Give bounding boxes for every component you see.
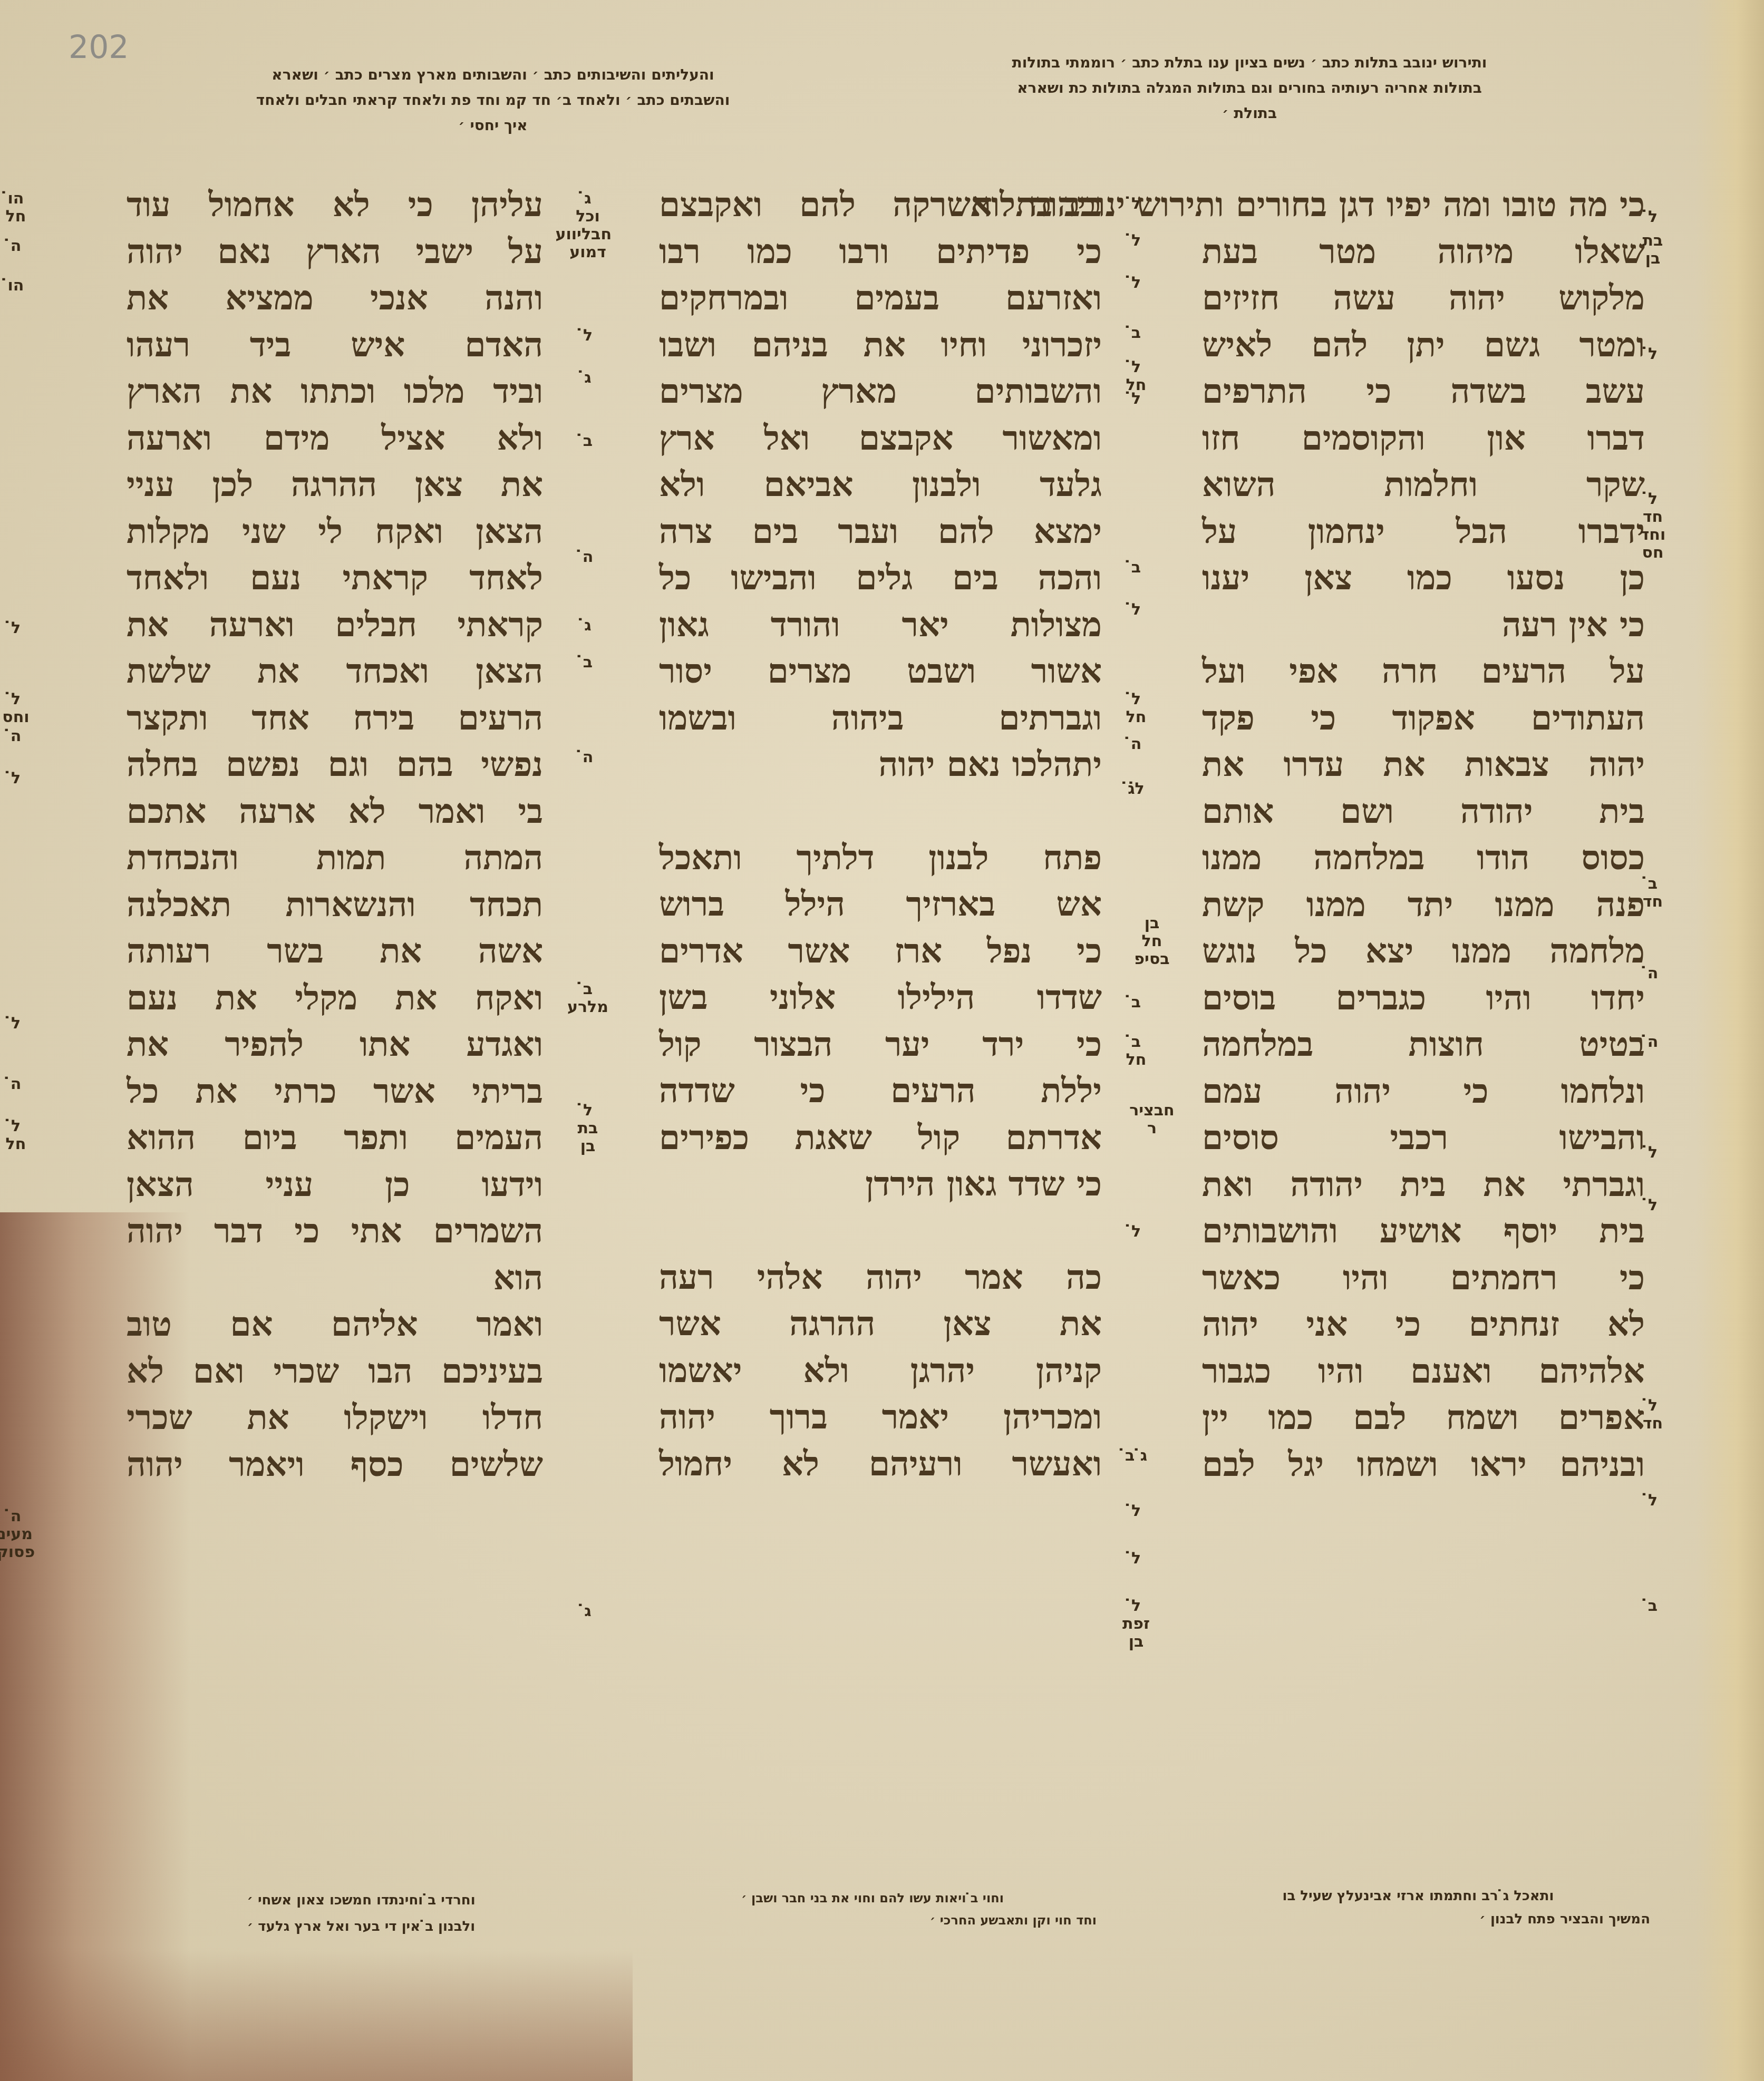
text-line: כסוס הודו במלחמה ממנו [1202, 835, 1645, 882]
text-line: וידעו כן עניי הצאן [127, 1162, 543, 1209]
text-line: אפרים ושמח לבם כמו יין [1202, 1395, 1645, 1442]
text-line: וגברתי את בית יהודה ואת [1202, 1162, 1645, 1209]
text-line: והנה אנכי ממציא את [127, 275, 543, 322]
margin-note: ב̇ [1112, 994, 1160, 1012]
margin-note: חבציר ר [1128, 1102, 1176, 1137]
text-column-right: כי מה טובו ומה יפיו דגן בחורים ותירוש ינ… [1202, 182, 1645, 1488]
text-line: מצולות יאר והורד גאון [659, 602, 1102, 649]
text-line: בעיניכם הבו שכרי ואם לא [127, 1348, 543, 1395]
text-line: המתה תמות והנכחדת [127, 835, 543, 882]
note-line: ותירוש ינובב בתלות כתב ׳ נשים בציון ענו … [865, 50, 1634, 75]
section-break [659, 789, 1102, 835]
margin-note: ל̇ [1112, 195, 1160, 213]
text-line: ביהוה אשרקה להם ואקבצם [659, 182, 1102, 229]
text-line: בטיט חוצות במלחמה [1202, 1022, 1645, 1068]
text-line: מלחמה ממנו יצא כל נוגש [1202, 928, 1645, 975]
margin-note: ל̇ [1112, 1550, 1160, 1568]
text-line: כי ירד יער הבצור קול [659, 1022, 1102, 1068]
margin-note: ה̇ מעינ פסוק [0, 1508, 40, 1561]
text-line: עליהן כי לא אחמול עוד [127, 182, 543, 229]
text-line: והשבותים מארץ מצרים [659, 368, 1102, 415]
text-line: והבישו רכבי סוסים [1202, 1115, 1645, 1162]
text-line: אשור ושבט מצרים יסור [659, 648, 1102, 695]
margin-note: ג̇ [564, 617, 612, 635]
note-line: והשבתים כתב ׳ ולאחד ב׳ חד קמ וחד פת ולאח… [142, 87, 844, 113]
text-line: על הרעים חרה אפי ועל [1202, 648, 1645, 695]
margin-note: ל̇ [0, 770, 40, 787]
text-line: הצאן ואכחד את שלשת [127, 648, 543, 695]
margin-note: ל̇ חד [1629, 1397, 1676, 1433]
margin-note: הו̇ חל [0, 190, 40, 226]
margin-note: ה̇ [0, 727, 40, 745]
text-line: גלעד ולבנון אביאם ולא [659, 462, 1102, 509]
margin-note: ה̇ [1112, 735, 1160, 753]
text-line: האדם איש ביד רעהו [127, 322, 543, 369]
section-break [659, 1208, 1102, 1255]
margin-note: ל̇ [1112, 1223, 1160, 1241]
text-line: על ישבי הארץ נאם יהוה [127, 229, 543, 276]
margin-note: ג̇ [564, 1602, 612, 1620]
margin-note: ל̇ זפת בן [1112, 1597, 1160, 1651]
text-line: בי ואמר לא ארעה אתכם [127, 789, 543, 835]
text-line: ונלחמו כי יהוה עמם [1202, 1068, 1645, 1115]
text-line: אשה את בשר רעותה [127, 928, 543, 975]
margin-note: ה̇ [1629, 1033, 1676, 1051]
text-line: וביד מלכו וכתתו את הארץ [127, 368, 543, 415]
margin-note: ל̇ [1629, 1144, 1676, 1162]
margin-note: ב̇ [1112, 324, 1160, 342]
margin-note: ל̇ [1629, 345, 1676, 363]
text-line: פתח לבנון דלתיך ותאכל [659, 835, 1102, 882]
text-line: חדלו וישקלו את שכרי [127, 1395, 543, 1442]
text-line: פנה ממנו יתד ממנו קשת [1202, 882, 1645, 929]
text-line: ואגדע אתו להפיר את [127, 1022, 543, 1068]
text-line: ימצא להם ועבר בים צרה [659, 509, 1102, 556]
note-line: איך יחסי ׳ [142, 113, 844, 138]
margin-note: ה̇ [0, 237, 40, 255]
margin-note: ב̇ חד [1629, 875, 1676, 911]
text-line: קניהן יהרגן ולא יאשמו [659, 1348, 1102, 1395]
margin-note: ל̇ [1629, 208, 1676, 226]
text-line: בית יהודה ושם אותם [1202, 789, 1645, 835]
text-line: ואזרעם בעמים ובמרחקים [659, 275, 1102, 322]
note-line: וחרדי ב̇ וחינתדו חמשכו צאון אשחי ׳ [142, 1887, 580, 1913]
text-line: הוא [127, 1255, 543, 1302]
margin-note: הו̇ [0, 277, 40, 295]
margin-note: ל̇ [1629, 1492, 1676, 1510]
margin-note: בן חל בסיפ [1128, 915, 1176, 968]
note-line: בתולות אחריה רעותיה בחורים וגם בתולות המ… [865, 75, 1634, 101]
text-line: הצאן ואקח לי שני מקלות [127, 509, 543, 556]
margin-notes-middle-left: ג̇ וכל חבליווע דמוע ל̇ ג̇ ב̇ ה̇ ג̇ ב̇ ה̇… [548, 0, 627, 2081]
text-line: נפשי בהם וגם נפשם בחלה [127, 742, 543, 789]
text-line: ואעשר ורעיהם לא יחמול [659, 1441, 1102, 1488]
text-line: ידברו הבל ינחמון על [1202, 509, 1645, 556]
margin-note: ב̇ [564, 654, 612, 672]
text-line: ומאשור אקבצם ואל ארץ [659, 415, 1102, 462]
text-line: כן נסעו כמו צאן יענו [1202, 555, 1645, 602]
text-line: מלקוש יהוה עשה חזיזים [1202, 275, 1645, 322]
text-line: תכחד והנשארות תאכלנה [127, 882, 543, 929]
margin-note: ה̇ [1629, 965, 1676, 983]
margin-note: ל̇ [1112, 1502, 1160, 1520]
text-line: כי שדד גאון הירדן [659, 1161, 1102, 1208]
text-line: ולא אציל מידם וארעה [127, 415, 543, 462]
text-line: יללת הרעים כי שדדה [659, 1068, 1102, 1115]
text-line: ואמר אליהם אם טוב [127, 1301, 543, 1348]
note-line: וחוי ב̇ ויאות עשו להם וחוי את בני חבר וש… [648, 1887, 1097, 1909]
text-line: ומטר גשם יתן להם לאיש [1202, 322, 1645, 369]
margin-note: ג̇ [564, 369, 612, 387]
text-line: את צאן ההרגה אשר [659, 1301, 1102, 1348]
text-line: ואקח את מקלי את נעם [127, 975, 543, 1022]
text-line: יחדו והיו כגברים בוסים [1202, 975, 1645, 1022]
text-line: אלהיהם ואענם והיו כגבור [1202, 1348, 1645, 1395]
text-column-middle: ביהוה אשרקה להם ואקבצם כי פדיתים ורבו כמ… [659, 182, 1102, 1487]
bottom-note-right: ותאכל ג̇ רב וחתמתו ארזי אבינעלץ שעיל בו … [1186, 1884, 1650, 1931]
margin-note: ל̇ חל [0, 1117, 40, 1153]
text-line: את צאן ההרגה לכן עניי [127, 462, 543, 509]
margin-note: ל̇ [564, 327, 612, 345]
margin-note: ג̇ ב̇ [1112, 1447, 1160, 1465]
text-line: עשב בשדה כי התרפים [1202, 368, 1645, 415]
top-note-left: והעליתים והשיבותים כתב ׳ והשבותים מארץ מ… [142, 62, 844, 138]
margin-note: ל̇ וחס [0, 691, 40, 726]
text-line: כה אמר יהוה אלהי רעה [659, 1255, 1102, 1301]
margin-note: ב̇ [1629, 1597, 1676, 1615]
top-note-right: ותירוש ינובב בתלות כתב ׳ נשים בציון ענו … [865, 50, 1634, 126]
text-line: וגברתים ביהוה ובשמו [659, 695, 1102, 742]
note-line: וחד חוי וקן ותאבשע החרכי ׳ [648, 1909, 1097, 1931]
page-edge [1695, 0, 1764, 2081]
margin-note: ל̇ בת בן [564, 1102, 612, 1155]
text-line: העמים ותפר ביום ההוא [127, 1115, 543, 1162]
text-line: ובניהם יראו ושמחו יגל לבם [1202, 1442, 1645, 1489]
margin-note: ל̇ [0, 619, 40, 637]
note-line: ותאכל ג̇ רב וחתמתו ארזי אבינעלץ שעיל בו [1186, 1884, 1650, 1908]
margin-note: ה̇ [564, 548, 612, 566]
text-line: והכה בים גלים והבישו כל [659, 555, 1102, 602]
text-line: שאלו מיהוה מטר בעת [1202, 229, 1645, 276]
text-line: ומכריהן יאמר ברוך יהוה [659, 1394, 1102, 1441]
text-line: כי רחמתים והיו כאשר [1202, 1255, 1645, 1302]
margin-note: ל̇ [0, 1015, 40, 1033]
bottom-note-left: וחרדי ב̇ וחינתדו חמשכו צאון אשחי ׳ ולבנו… [142, 1887, 580, 1940]
margin-note: ג̇ וכל חבליווע דמוע [564, 190, 612, 261]
text-line: יזכרוני וחיו את בניהם ושבו [659, 322, 1102, 369]
text-line: השמרים אתי כי דבר יהוה [127, 1208, 543, 1255]
text-line: אדרתם קול שאגת כפירים [659, 1115, 1102, 1162]
text-line: שדדו הילילו אלוני בשן [659, 975, 1102, 1022]
margin-notes-far-left: הו̇ חל ה̇ הו̇ ל̇ ל̇ וחס ה̇ ל̇ ל̇ ה̇ ל̇ ח… [11, 0, 69, 2081]
margin-note: ה̇ [0, 1075, 40, 1093]
margin-note: ל̇ [1112, 390, 1160, 408]
margin-note: ב̇ חל [1112, 1033, 1160, 1069]
note-line: והעליתים והשיבותים כתב ׳ והשבותים מארץ מ… [142, 62, 844, 87]
text-line: קראתי חבלים וארעה את [127, 602, 543, 649]
text-line: כי פדיתים ורבו כמו רבו [659, 229, 1102, 276]
text-line: שקר וחלמות השוא [1202, 462, 1645, 509]
bottom-note-middle: וחוי ב̇ ויאות עשו להם וחוי את בני חבר וש… [648, 1887, 1097, 1931]
margin-note: ה̇ [564, 748, 612, 766]
margin-note: ל̇ [1112, 601, 1160, 619]
manuscript-page: 202 והעליתים והשיבותים כתב ׳ והשבותים מא… [0, 0, 1764, 2081]
margin-note: ב̇ [1112, 559, 1160, 577]
text-line: בריתי אשר כרתי את כל [127, 1068, 543, 1115]
margin-note: ל̇ חד וחד חס [1629, 490, 1676, 562]
margin-note: בת בן [1629, 232, 1676, 268]
margin-note: ב̇ מלרע [564, 980, 612, 1016]
note-line: המשיך והבציר פתח לבנון ׳ [1186, 1908, 1650, 1931]
text-line: הרעים בירח אחד ותקצר [127, 695, 543, 742]
text-line: יהוה צבאות את עדרו את [1202, 742, 1645, 789]
margin-note: ל̇ג̇ [1112, 780, 1160, 798]
text-line: כי נפל ארז אשר אדרים [659, 928, 1102, 975]
folio-number: 202 [69, 29, 129, 66]
parchment-stain-bottom [0, 1950, 633, 2081]
margin-note: ל̇ [1112, 274, 1160, 292]
margin-note: ל̇ [1112, 232, 1160, 250]
text-column-left: עליהן כי לא אחמול עוד על ישבי הארץ נאם י… [127, 182, 543, 1488]
text-line: אש בארזיך הילל ברוש [659, 881, 1102, 928]
margin-note: ל̇ [1629, 1197, 1676, 1214]
margin-note: ל̇ חל [1112, 691, 1160, 726]
margin-notes-far-right: ל̇ בת בן ל̇ ל̇ חד וחד חס ב̇ חד ה̇ ה̇ ל̇ … [1650, 0, 1703, 2081]
margin-notes-right-middle: ל̇ ל̇ ל̇ ב̇ ל̇ חל ל̇ ב̇ ל̇ ל̇ חל ה̇ ל̇ג̇… [1112, 0, 1191, 2081]
text-line: לא זנחתים כי אני יהוה [1202, 1301, 1645, 1348]
text-line: לאחד קראתי נעם ולאחד [127, 555, 543, 602]
text-line: כי אין רעה [1202, 602, 1645, 649]
note-line: בתולת ׳ [865, 101, 1634, 126]
text-line: יתהלכו נאם יהוה [659, 742, 1102, 789]
text-line: העתודים אפקוד כי פקד [1202, 695, 1645, 742]
margin-note: ל̇ חל [1112, 358, 1160, 394]
text-line: כי מה טובו ומה יפיו דגן בחורים ותירוש ינ… [1202, 182, 1645, 229]
note-line: ולבנון ב̇ אין די בער ואל ארץ גלעד ׳ [142, 1913, 580, 1940]
margin-note: ב̇ [564, 432, 612, 450]
text-line: דברו און והקוסמים חזו [1202, 415, 1645, 462]
text-line: בית יוסף אושיע והושבותים [1202, 1208, 1645, 1255]
text-line: שלשים כסף ויאמר יהוה [127, 1442, 543, 1489]
